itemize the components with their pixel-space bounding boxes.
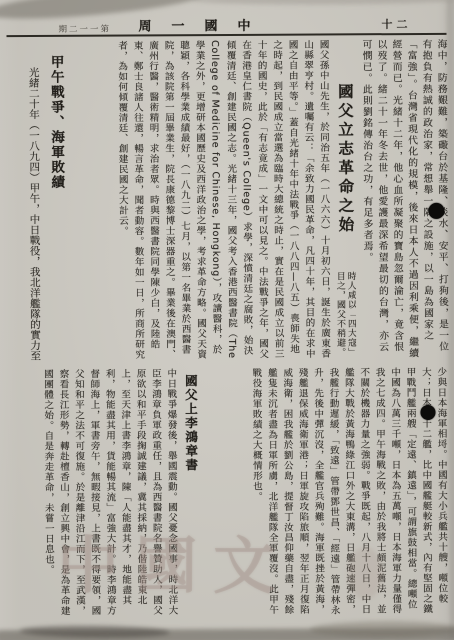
ink-dot-top	[428, 203, 444, 219]
scan-smudge-bottom-right	[310, 621, 454, 638]
stamp-watermark: 中國文	[57, 516, 291, 606]
article-title-letter-li: 國父上李鴻章書	[179, 374, 202, 476]
stamp-watermark-fragment	[347, 547, 383, 599]
scanned-page: 期二一一第 周一國中 十二 海中，防務艱難，築礮台於基隆、淡水、安平、打狗後，是…	[0, 0, 454, 640]
masthead-title: 周一國中	[138, 15, 270, 35]
ink-dot-bottom	[420, 405, 435, 420]
scan-smudge-top-right	[193, 0, 454, 5]
article-title-tail-sun-resolve: 時人咸以「四大寇」目之，國父不稍避。	[334, 271, 356, 363]
article-title-jiawu-war: 甲午戰爭、海軍敗績	[45, 55, 68, 205]
issue-number: 期二一一第	[58, 23, 111, 35]
article-lead-jiawu-war: 光緒二十年（一八九四）甲午，中日戰役，我北洋艦隊的實力至	[24, 67, 46, 365]
article-continuation-taiwan: 海中，防務艱難，築礮台於基隆、淡水、安平、打狗後，是一位有抱負有熱誠的政治家，常…	[359, 39, 451, 363]
page-number: 十二	[381, 16, 411, 32]
article-title-sun-resolve: 國父立志革命之始	[333, 83, 357, 265]
page-content: 期二一一第 周一國中 十二 海中，防務艱難，築礮台於基隆、淡水、安平、打狗後，是…	[0, 0, 454, 640]
article-body-sun-resolve: 國父孫中山先生，於同治五年（一八六六）十月初六日，誕生於廣東香山縣翠亨村。遺囑有…	[67, 39, 333, 364]
